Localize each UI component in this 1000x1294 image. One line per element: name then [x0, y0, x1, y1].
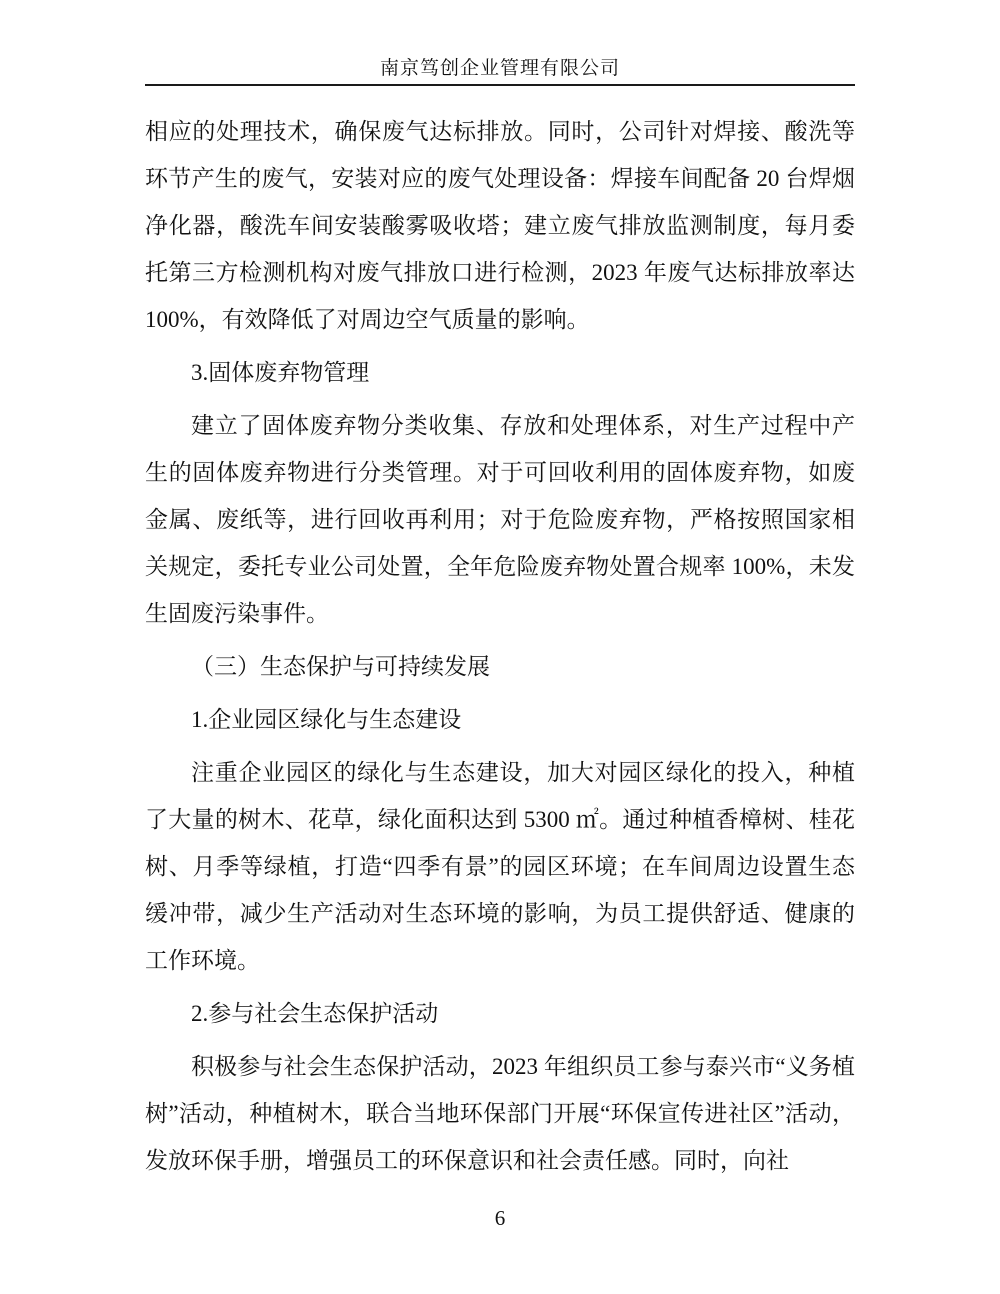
paragraph: 注重企业园区的绿化与生态建设，加大对园区绿化的投入，种植了大量的树木、花草，绿化… [145, 749, 855, 984]
document-body: 相应的处理技术，确保废气达标排放。同时，公司针对焊接、酸洗等环节产生的废气，安装… [145, 108, 855, 1190]
section-heading: （三）生态保护与可持续发展 [145, 643, 855, 690]
paragraph: 建立了固体废弃物分类收集、存放和处理体系，对生产过程中产生的固体废弃物进行分类管… [145, 402, 855, 637]
section-heading: 3.固体废弃物管理 [145, 349, 855, 396]
page-header: 南京笃创企业管理有限公司 [145, 57, 855, 86]
page-number: 6 [495, 1206, 506, 1230]
paragraph: 积极参与社会生态保护活动，2023 年组织员工参与泰兴市“义务植树”活动，种植树… [145, 1043, 855, 1184]
header-divider [145, 84, 855, 86]
page-footer: 6 [0, 1204, 1000, 1232]
section-heading: 2.参与社会生态保护活动 [145, 990, 855, 1037]
paragraph: 相应的处理技术，确保废气达标排放。同时，公司针对焊接、酸洗等环节产生的废气，安装… [145, 108, 855, 343]
section-heading: 1.企业园区绿化与生态建设 [145, 696, 855, 743]
company-name: 南京笃创企业管理有限公司 [145, 57, 855, 81]
document-page: 南京笃创企业管理有限公司 相应的处理技术，确保废气达标排放。同时，公司针对焊接、… [0, 0, 1000, 1294]
